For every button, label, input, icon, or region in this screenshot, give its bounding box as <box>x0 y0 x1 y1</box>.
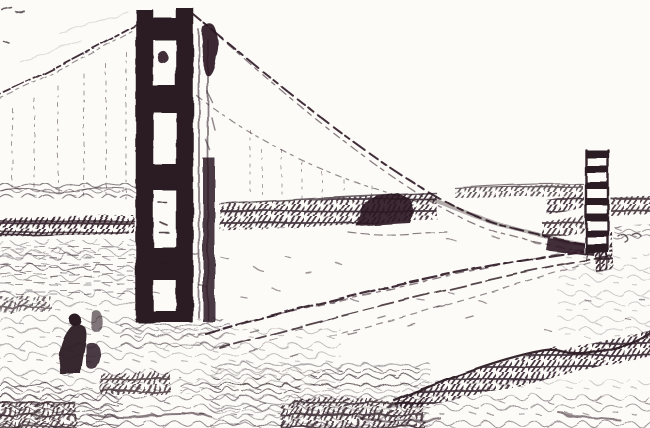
bridge-sketch <box>0 0 650 428</box>
far-pylon <box>584 150 610 260</box>
sketch-canvas <box>0 0 650 428</box>
